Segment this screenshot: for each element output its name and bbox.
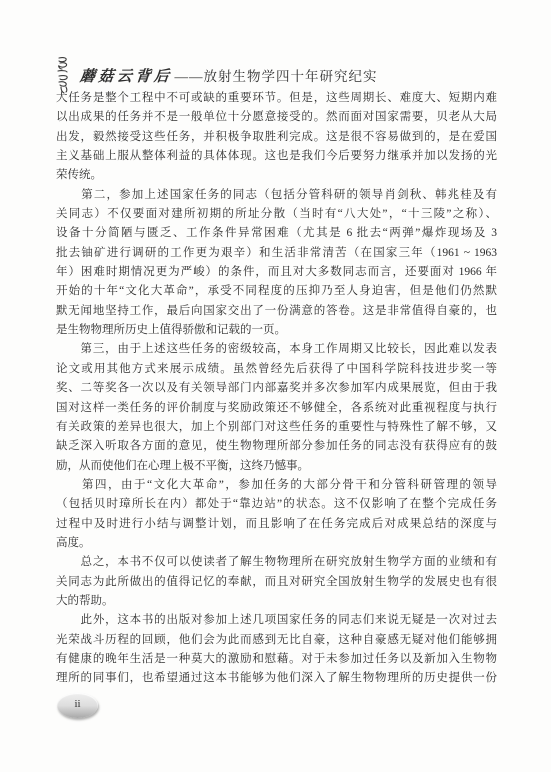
- body-line: 理所的同事们，也希望通过这本书能够为他们深入了解生物物理所的历史提供一份: [56, 669, 497, 688]
- body-line: 开始的十年“文化大革命”，承受不同程度的压抑乃至人身迫害，但是他们仍然默: [56, 282, 497, 301]
- body-line: 大的帮助。: [56, 592, 497, 611]
- body-line: 关同志）不仅要面对建所初期的所址分散（当时有“八大处”，“十三陵”之称）、: [56, 205, 497, 224]
- body-line: 光荣战斗历程的回顾，他们会为此而感到无比自豪，这种自豪感无疑对他们能够拥: [56, 631, 497, 650]
- body-line: 荣传统。: [56, 166, 497, 185]
- page-number-badge: ii: [57, 693, 98, 718]
- body-line: 出发，毅然接受这些任务，并积极争取胜利完成。这是很不容易做到的，是在爱国: [56, 128, 497, 147]
- body-line: 是生物物理所历史上值得骄傲和记载的一页。: [56, 321, 497, 340]
- body-line: 缺乏深入听取各方面的意见，使生物物理所部分参加任务的同志没有获得应有的鼓: [56, 437, 497, 456]
- body-line: 第四，由于“文化大革命”，参加任务的大部分骨干和分管科研管理的领导: [56, 476, 497, 495]
- book-subtitle: ——放射生物学四十年研究纪实: [175, 65, 378, 85]
- book-page: 蘑菇云背后 ——放射生物学四十年研究纪实 大任务是整个工程中不可或缺的重要环节。…: [0, 0, 551, 772]
- body-line: 设备十分简陋与匮乏、工作条件异常困难（尤其是 6 批去“两弹”爆炸现场及 3: [56, 224, 497, 243]
- page-number: ii: [74, 698, 80, 710]
- body-line: 国对这样一类任务的评价制度与奖励政策还不够健全，各系统对此重视程度与执行: [56, 399, 497, 418]
- body-line: （包括贝时璋所长在内）都处于“靠边站”的状态。这不仅影响了在整个完成任务: [56, 495, 497, 514]
- body-line: 奖、二等奖各一次以及有关领导部门内部嘉奖并多次参加军内成果展览，但由于我: [56, 379, 497, 398]
- body-line: 默无闻地坚持工作，最后向国家交出了一份满意的答卷。这是非常值得自豪的，也: [56, 302, 497, 321]
- body-text-block: 大任务是整个工程中不可或缺的重要环节。但是，这些周期长、难度大、短期内难 以出成…: [56, 89, 497, 689]
- body-line: 过程中及时进行小结与调整计划，而且影响了在任务完成后对成果总结的深度与: [56, 515, 497, 534]
- body-line: 年）困难时期情况更为严峻）的条件，而且对大多数同志而言，还要面对 1966 年: [56, 263, 497, 282]
- body-line: 励，从而使他们在心理上极不平衡，这终乃憾事。: [56, 457, 497, 476]
- body-line: 以出成果的任务并不是一般单位十分愿意接受的。然而面对国家需要，贝老从大局: [56, 108, 497, 127]
- body-line: 有健康的晚年生活是一种莫大的激励和慰藉。对于未参加过任务以及新加入生物物: [56, 650, 497, 669]
- body-line: 有关政策的差异也很大，加上个别部门对这些任务的重要性与特殊性了解不够，又: [56, 418, 497, 437]
- body-line: 此外，这本书的出版对参加上述几项国家任务的同志们来说无疑是一次对过去: [56, 611, 497, 630]
- body-line: 第三，由于上述这些任务的密级较高，本身工作周期又比较长，因此难以发表: [56, 340, 497, 359]
- body-line: 批去铀矿进行调研的工作更为艰辛）和生活非常清苦（在国家三年（1961 ~ 196…: [56, 244, 497, 263]
- body-line: 总之，本书不仅可以使读者了解生物物理所在研究放射生物学方面的业绩和有: [56, 553, 497, 572]
- body-line: 高度。: [56, 534, 497, 553]
- book-title: 蘑菇云背后: [79, 65, 173, 86]
- body-line: 第二，参加上述国家任务的同志（包括分管科研的领导肖剑秋、韩兆桂及有: [56, 186, 497, 205]
- body-line: 论文或用其他方式来展示成绩。虽然曾经先后获得了中国科学院科技进步奖一等: [56, 360, 497, 379]
- body-line: 关同志为此所做出的值得记忆的奉献，而且对研究全国放射生物学的发展史也有很: [56, 573, 497, 592]
- body-line: 主义基础上服从整体利益的具体体现。这也是我们今后要努力继承并加以发扬的光: [56, 147, 497, 166]
- body-line: 大任务是整个工程中不可或缺的重要环节。但是，这些周期长、难度大、短期内难: [56, 89, 497, 108]
